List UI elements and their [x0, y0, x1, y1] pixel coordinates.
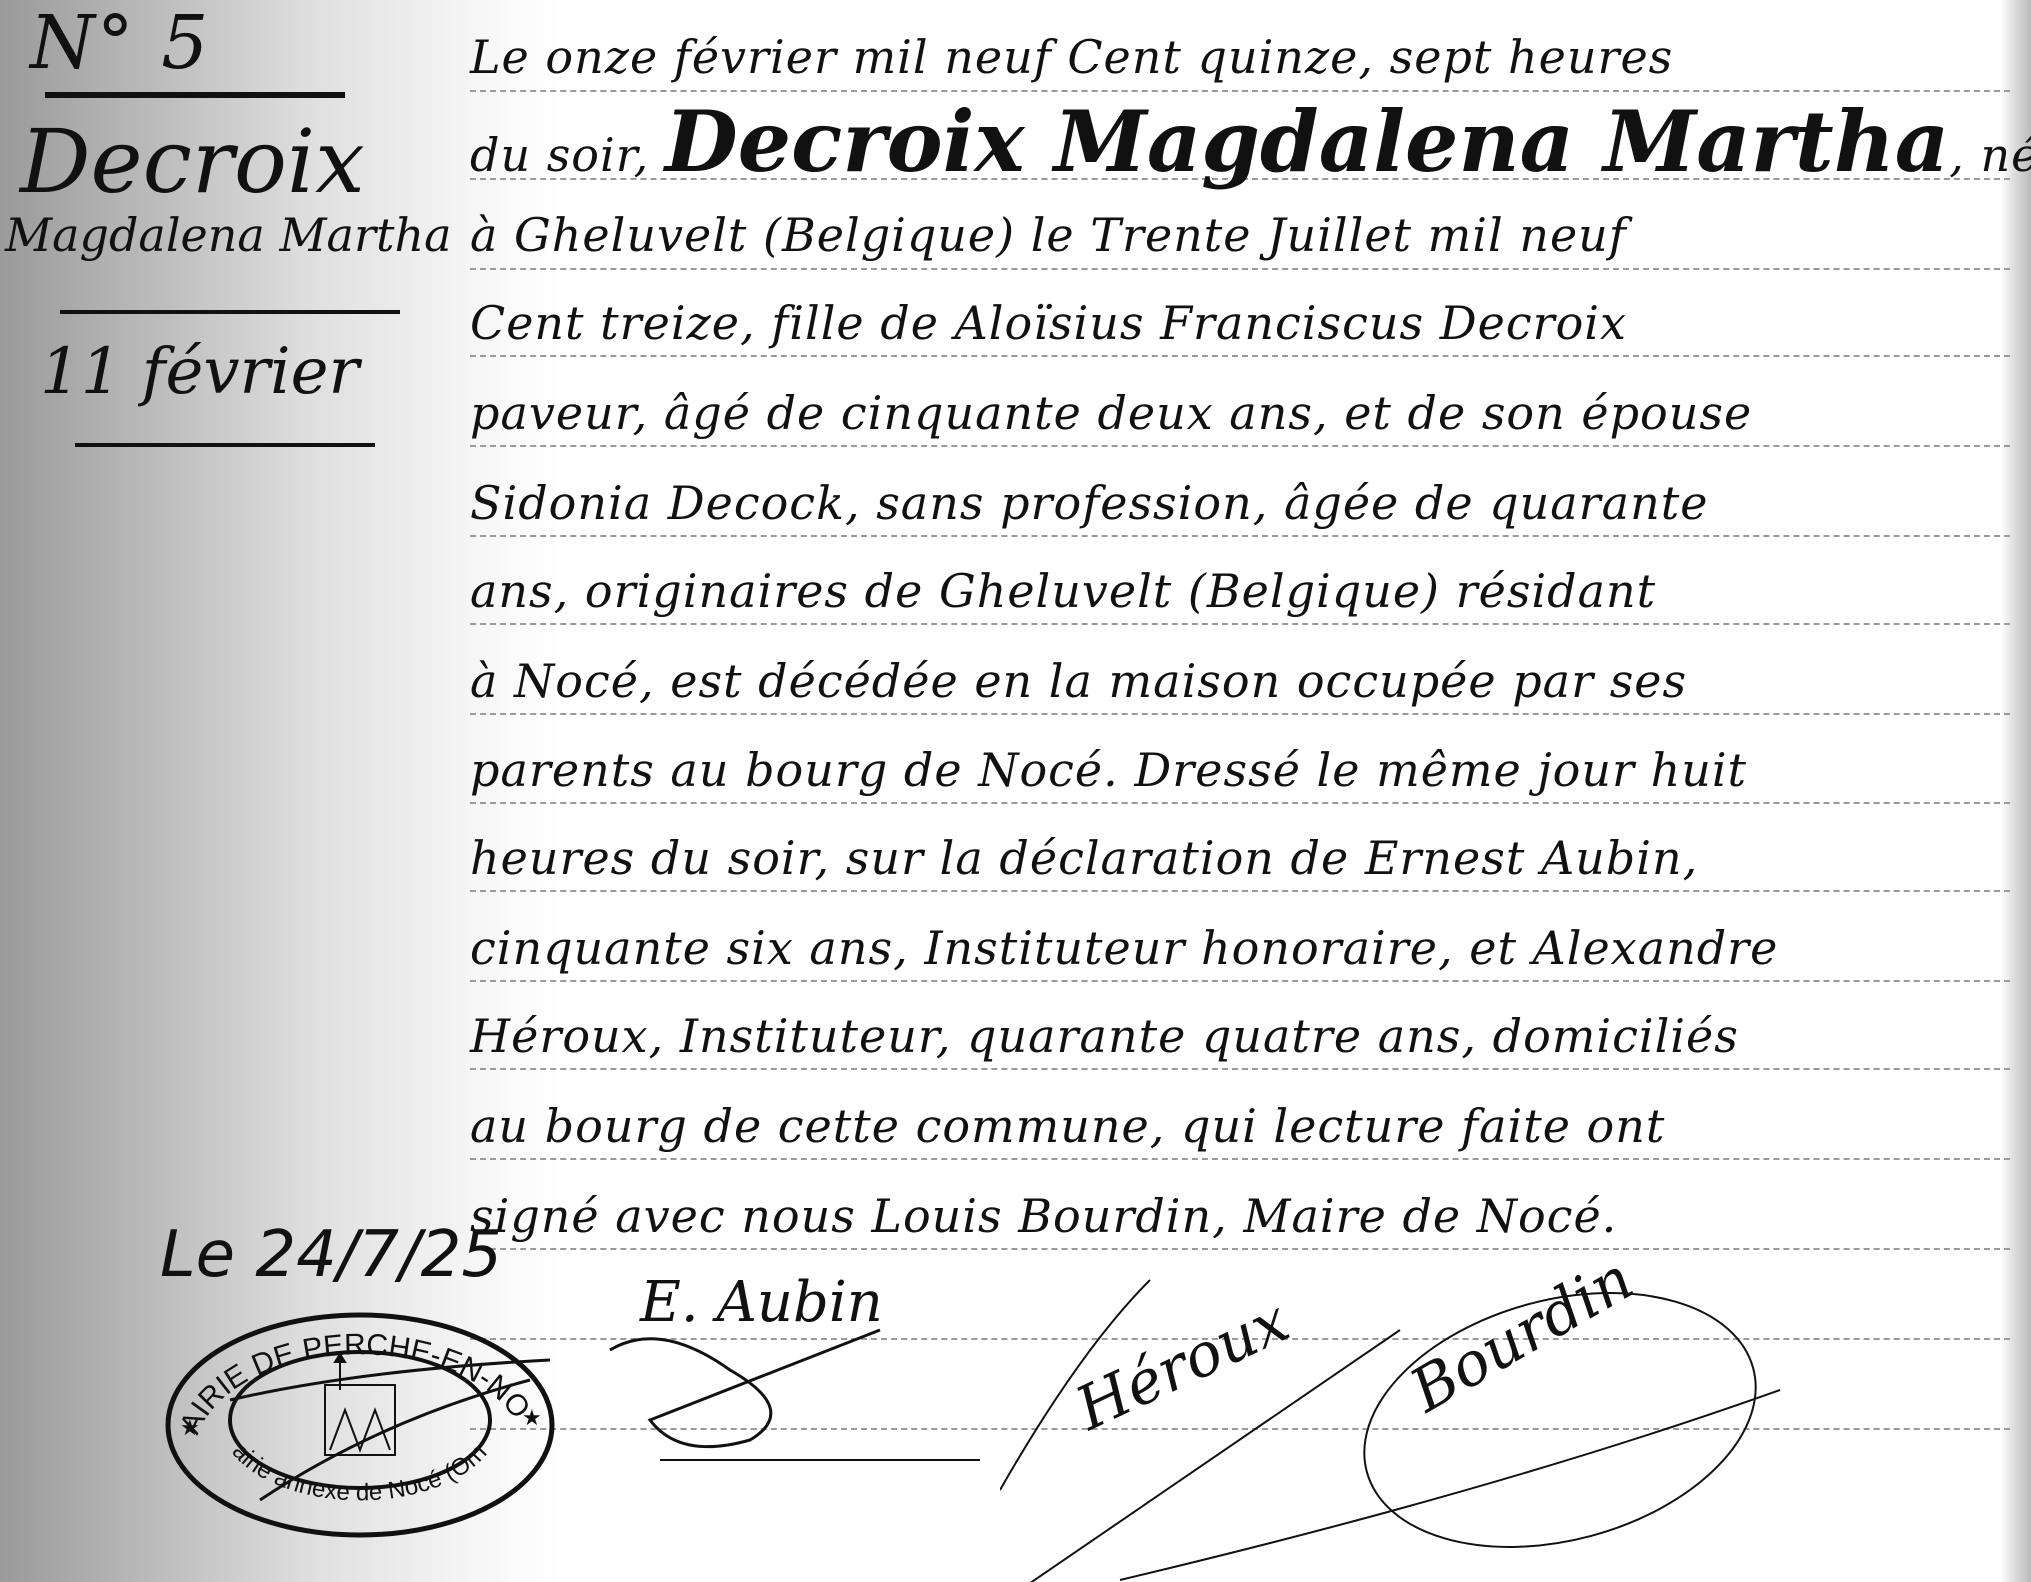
text-line: au bourg de cette commune, qui lecture f… — [470, 1099, 1665, 1153]
mairie-stamp: MAIRIE DE PERCHE-EN-NOCÉ Mairie annexe d… — [160, 1300, 560, 1540]
margin-divider — [75, 443, 375, 447]
margin-date: 11 février — [40, 335, 359, 409]
svg-text:★: ★ — [522, 1406, 542, 1431]
margin-divider — [45, 92, 345, 98]
text-line: à Gheluvelt (Belgique) le Trente Juillet… — [470, 208, 1627, 262]
text-line: paveur, âgé de cinquante deux ans, et de… — [470, 386, 1752, 440]
text-line: Héroux, Instituteur, quarante quatre ans… — [470, 1009, 1739, 1063]
act-number: N° 5 — [30, 0, 210, 86]
deceased-name: Decroix Magdalena Martha — [665, 92, 1949, 191]
margin-surname: Decroix — [20, 110, 365, 213]
annotation-date: Le 24/7/25 — [160, 1218, 502, 1292]
text-line: Sidonia Decock, sans profession, âgée de… — [470, 476, 1708, 530]
text-line: heures du soir, sur la déclaration de Er… — [470, 831, 1698, 885]
text-line: Le onze février mil neuf Cent quinze, se… — [470, 30, 1673, 84]
svg-text:★: ★ — [180, 1416, 200, 1441]
text-line: Cent treize, fille de Aloïsius Franciscu… — [470, 296, 1627, 350]
text-line: du soir, Decroix Magdalena Martha, née — [470, 92, 2031, 191]
text-line: signé avec nous Louis Bourdin, Maire de … — [470, 1189, 1617, 1243]
text-line: parents au bourg de Nocé. Dressé le même… — [470, 743, 1747, 797]
margin-given-names: Magdalena Martha — [5, 208, 452, 262]
margin-divider — [60, 310, 400, 314]
signature-flourish-icon — [1000, 1270, 1900, 1582]
text-line: ans, originaires de Gheluvelt (Belgique)… — [470, 564, 1656, 618]
text-line: cinquante six ans, Instituteur honoraire… — [470, 921, 1778, 975]
scan-shadow-right — [2001, 0, 2031, 1582]
stamp-seal-icon: MAIRIE DE PERCHE-EN-NOCÉ Mairie annexe d… — [160, 1300, 560, 1540]
text-line: à Nocé, est décédée en la maison occupée… — [470, 654, 1687, 708]
